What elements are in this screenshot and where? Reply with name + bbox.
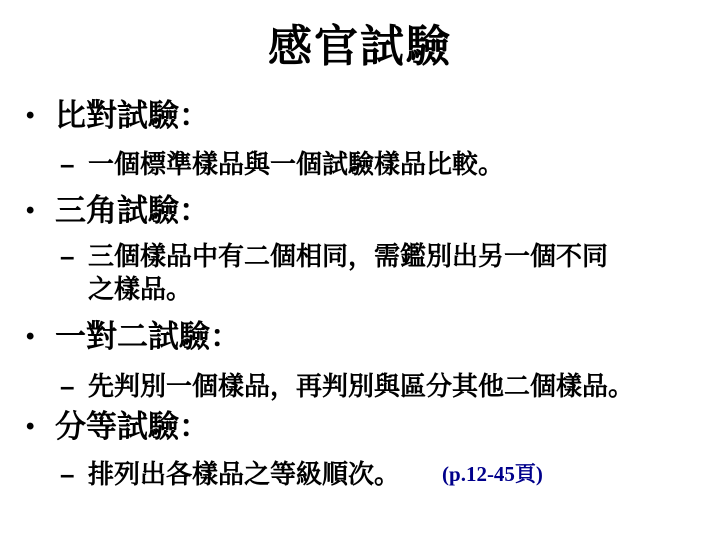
sub-bullet-list: – 一個標準樣品與一個試驗樣品比較。 — [0, 148, 720, 181]
dash-icon: – — [60, 458, 88, 491]
sub-bullet-list: – 三個樣品中有二個相同，需鑑別出另一個不同 之樣品。 — [0, 240, 720, 306]
slide: 感官試驗 • 比對試驗： – 一個標準樣品與一個試驗樣品比較。 • 三角試驗： … — [0, 0, 720, 540]
bullet-line: • 分等試驗： — [0, 407, 720, 447]
bullet-line: • 一對二試驗： — [0, 317, 720, 357]
sub-bullet-text: 一個標準樣品與一個試驗樣品比較。 — [88, 148, 504, 181]
bullet-item: • 三角試驗： – 三個樣品中有二個相同，需鑑別出另一個不同 之樣品。 — [0, 191, 720, 306]
sub-bullet-line: – 先判別一個樣品，再判別與區分其他二個樣品。 — [0, 370, 720, 403]
sub-bullet-line: – 排列出各樣品之等級順次。 (p.12-45頁) — [0, 458, 720, 491]
slide-title: 感官試驗 — [0, 0, 720, 72]
dash-icon: – — [60, 148, 88, 181]
bullet-label: 三角試驗： — [55, 191, 210, 231]
bullet-dot-icon: • — [22, 317, 55, 357]
bullet-item: • 比對試驗： – 一個標準樣品與一個試驗樣品比較。 — [0, 96, 720, 181]
sub-bullet-line: – 一個標準樣品與一個試驗樣品比較。 — [0, 148, 720, 181]
sub-bullet-list: – 排列出各樣品之等級順次。 (p.12-45頁) — [0, 458, 720, 491]
dash-icon: – — [60, 240, 88, 273]
sub-bullet-line: – 三個樣品中有二個相同，需鑑別出另一個不同 之樣品。 — [0, 240, 720, 306]
bullet-line: • 比對試驗： — [0, 96, 720, 136]
sub-bullet-list: – 先判別一個樣品，再判別與區分其他二個樣品。 — [0, 370, 720, 403]
bullet-label: 一對二試驗： — [55, 317, 241, 357]
bullet-item: • 一對二試驗： – 先判別一個樣品，再判別與區分其他二個樣品。 — [0, 317, 720, 403]
page-reference: (p.12-45頁) — [442, 458, 543, 491]
dash-icon: – — [60, 370, 88, 403]
bullet-dot-icon: • — [22, 96, 55, 136]
bullet-line: • 三角試驗： — [0, 191, 720, 231]
bullet-dot-icon: • — [22, 191, 55, 231]
bullet-item: • 分等試驗： – 排列出各樣品之等級順次。 (p.12-45頁) — [0, 407, 720, 491]
sub-bullet-text: 先判別一個樣品，再判別與區分其他二個樣品。 — [88, 370, 634, 403]
bullet-label: 分等試驗： — [55, 407, 210, 447]
bullet-dot-icon: • — [22, 407, 55, 447]
bullet-list: • 比對試驗： – 一個標準樣品與一個試驗樣品比較。 • 三角試驗： – 三個樣… — [0, 96, 720, 491]
sub-bullet-text: 排列出各樣品之等級順次。 — [88, 458, 400, 491]
sub-bullet-text: 三個樣品中有二個相同，需鑑別出另一個不同 之樣品。 — [88, 240, 608, 306]
bullet-label: 比對試驗： — [55, 96, 210, 136]
